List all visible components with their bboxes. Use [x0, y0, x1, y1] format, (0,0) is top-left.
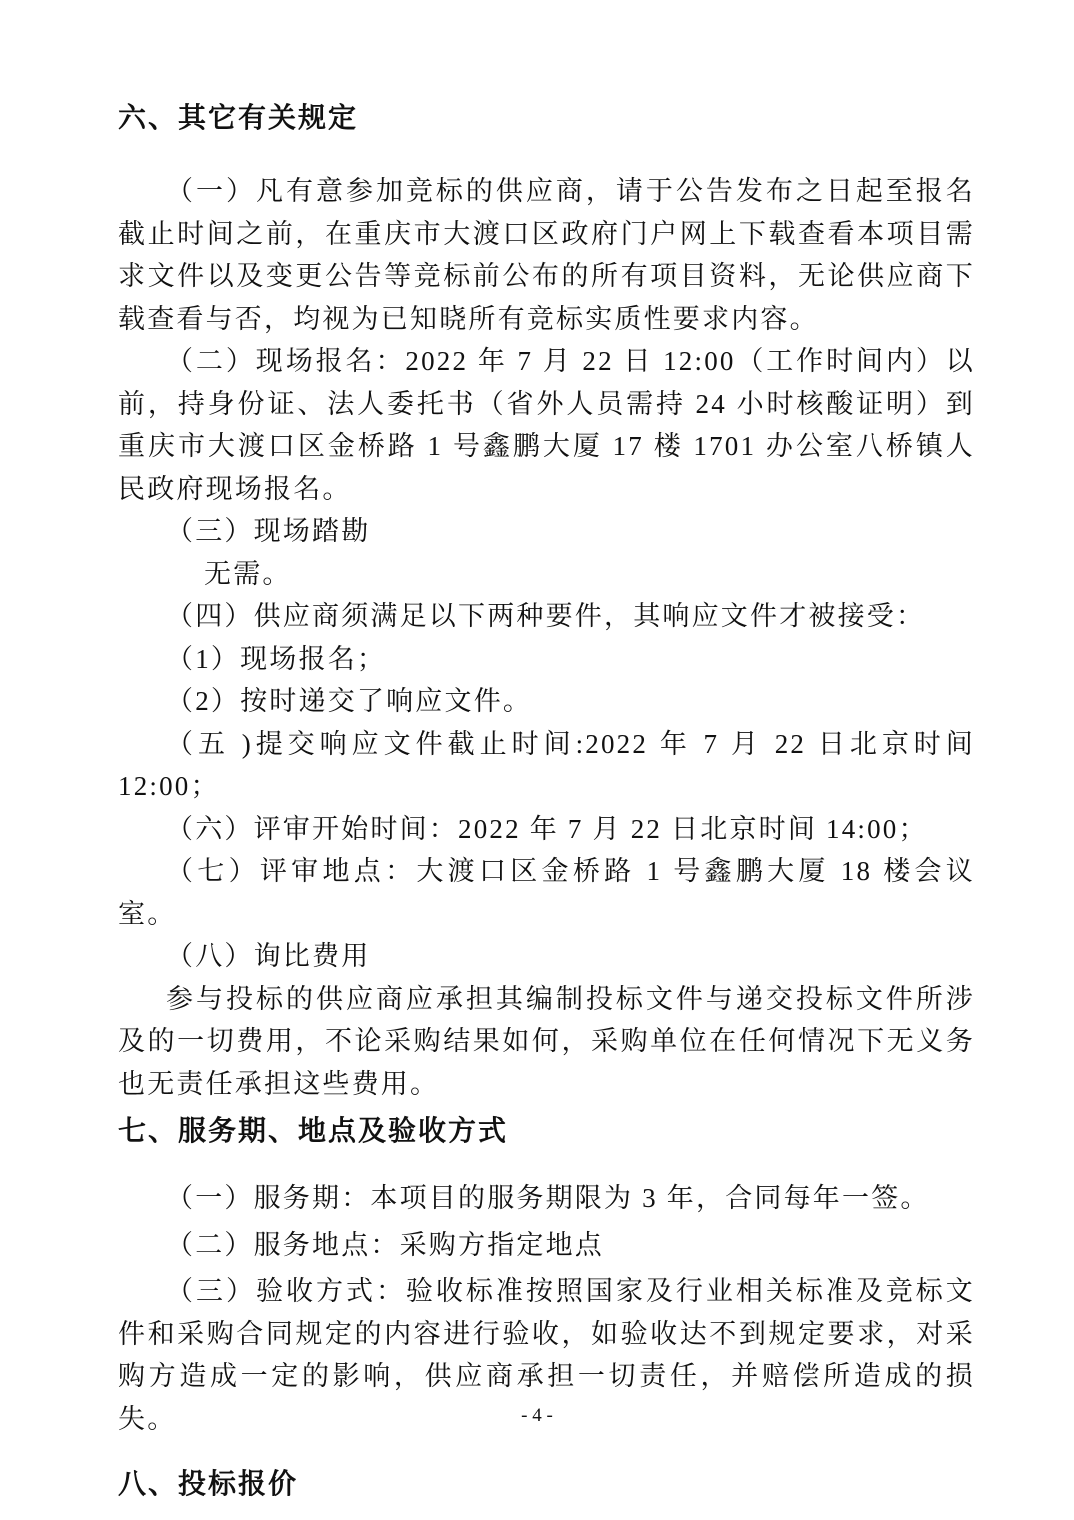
paragraph-requirement-2: （2）按时递交了响应文件。 [118, 680, 975, 723]
paragraph-download-notice: （一）凡有意参加竞标的供应商，请于公告发布之日起至报名截止时间之前，在重庆市大渡… [118, 170, 975, 340]
paragraph-cost-responsibility: 参与投标的供应商应承担其编制投标文件与递交投标文件所涉及的一切费用，不论采购结果… [118, 978, 975, 1106]
paragraph-no-need: 无需。 [118, 553, 975, 596]
paragraph-service-location: （二）服务地点：采购方指定地点 [118, 1224, 975, 1267]
document-content: 六、其它有关规定 （一）凡有意参加竞标的供应商，请于公告发布之日起至报名截止时间… [0, 0, 1074, 1504]
paragraph-onsite-registration: （二）现场报名：2022 年 7 月 22 日 12:00（工作时间内）以前，持… [118, 340, 975, 510]
paragraph-review-location: （七）评审地点：大渡口区金桥路 1 号鑫鹏大厦 18 楼会议室。 [118, 850, 975, 935]
section-heading-bid-price: 八、投标报价 [118, 1464, 975, 1504]
page-number: - 4 - [0, 1404, 1074, 1428]
document-page: 六、其它有关规定 （一）凡有意参加竞标的供应商，请于公告发布之日起至报名截止时间… [0, 0, 1074, 1520]
paragraph-requirement-1: （1）现场报名； [118, 638, 975, 681]
paragraph-review-start-time: （六）评审开始时间：2022 年 7 月 22 日北京时间 14:00； [118, 808, 975, 851]
paragraph-submission-deadline: （五 )提交响应文件截止时间:2022 年 7 月 22 日北京时间 12:00… [118, 723, 975, 808]
section-heading-service-period: 七、服务期、地点及验收方式 [118, 1111, 975, 1151]
paragraph-inquiry-fee-title: （八）询比费用 [118, 935, 975, 978]
paragraph-two-requirements: （四）供应商须满足以下两种要件，其响应文件才被接受： [118, 595, 975, 638]
paragraph-site-survey: （三）现场踏勘 [118, 510, 975, 553]
paragraph-service-period: （一）服务期：本项目的服务期限为 3 年，合同每年一签。 [118, 1177, 975, 1220]
section-heading-other-provisions: 六、其它有关规定 [118, 98, 975, 138]
